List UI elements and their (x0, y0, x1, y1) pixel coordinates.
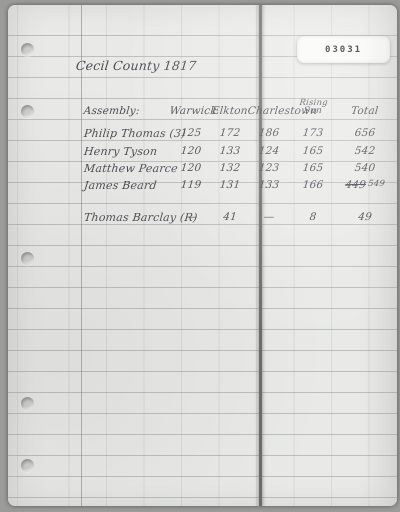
vote-count-warwick: 120 (169, 145, 212, 158)
catalog-number: 03031 (325, 45, 362, 55)
punch-hole (21, 105, 34, 118)
struck-total: 449 (345, 179, 367, 191)
vote-count-warwick: 120 (169, 162, 212, 175)
vote-count-elkton: 172 (211, 127, 248, 140)
binding-crease-line (259, 5, 262, 506)
vote-count-elkton: 41 (211, 211, 248, 224)
candidate-name: Henry Tyson (77, 145, 170, 158)
vote-count-charlestown: 133 (247, 179, 290, 192)
vote-count-elkton: 133 (211, 145, 248, 158)
vote-total: 656 (335, 127, 394, 140)
vote-count-rising-sun: 166 (289, 179, 336, 192)
vote-total: 542 (335, 145, 394, 158)
table-row: Matthew Pearce 120 132 123 165 540 (77, 162, 394, 175)
column-header-warwick: Warwick (169, 106, 212, 117)
column-header-charlestown: Charlestown (247, 106, 290, 117)
vote-count-warwick: 125 (169, 127, 212, 140)
corrected-total: 549 (368, 179, 386, 189)
vote-count-rising-sun: 165 (289, 145, 336, 158)
vote-count-warwick: — (169, 211, 212, 224)
table-row: Henry Tyson 120 133 124 165 542 (77, 145, 394, 158)
column-header-total: Total (335, 106, 394, 117)
table-row: Philip Thomas (3) 125 172 186 173 656 (77, 127, 394, 140)
table-header-row: Assembly: Warwick Elkton Charlestown Ris… (77, 100, 395, 117)
table-row: James Beard 119 131 133 166 449549 (77, 179, 394, 192)
vote-total-corrected: 449549 (335, 179, 394, 192)
vote-count-warwick: 119 (169, 179, 212, 192)
vote-count-charlestown: 186 (247, 127, 290, 140)
column-header-elkton: Elkton (211, 106, 248, 117)
scan-shading (8, 5, 397, 506)
table-row: Thomas Barclay (R) — 41 — 8 49 (77, 211, 394, 224)
vote-count-charlestown: 123 (247, 162, 290, 175)
row-header-assembly: Assembly: (77, 105, 170, 117)
punch-hole (21, 397, 34, 410)
candidate-name: Philip Thomas (3) (77, 127, 170, 140)
left-margin-line (81, 5, 82, 506)
vote-count-rising-sun: 165 (289, 162, 336, 175)
candidate-name: Thomas Barclay (R) (77, 211, 170, 224)
vote-count-elkton: 132 (211, 162, 248, 175)
horizontal-ruling (8, 5, 397, 506)
column-header-rising-sun: Rising Sun (289, 100, 337, 117)
catalog-number-sticker: 03031 (297, 36, 390, 63)
vertical-grid-ruling (8, 5, 397, 506)
vote-total: 540 (335, 162, 394, 175)
punch-hole (21, 43, 34, 56)
vote-total: 49 (335, 211, 394, 224)
vote-count-charlestown: 124 (247, 145, 290, 158)
candidate-name: Matthew Pearce (77, 162, 170, 175)
vote-count-elkton: 131 (211, 179, 248, 192)
scanned-ledger-page: 03031 Cecil County 1817 Assembly: Warwic… (8, 5, 397, 506)
vote-count-rising-sun: 8 (289, 211, 336, 224)
punch-hole (21, 459, 34, 472)
candidate-name: James Beard (77, 179, 170, 192)
vote-count-rising-sun: 173 (289, 127, 336, 140)
punch-hole (21, 252, 34, 265)
vote-count-charlestown: — (247, 211, 290, 224)
page-title: Cecil County 1817 (75, 58, 197, 73)
